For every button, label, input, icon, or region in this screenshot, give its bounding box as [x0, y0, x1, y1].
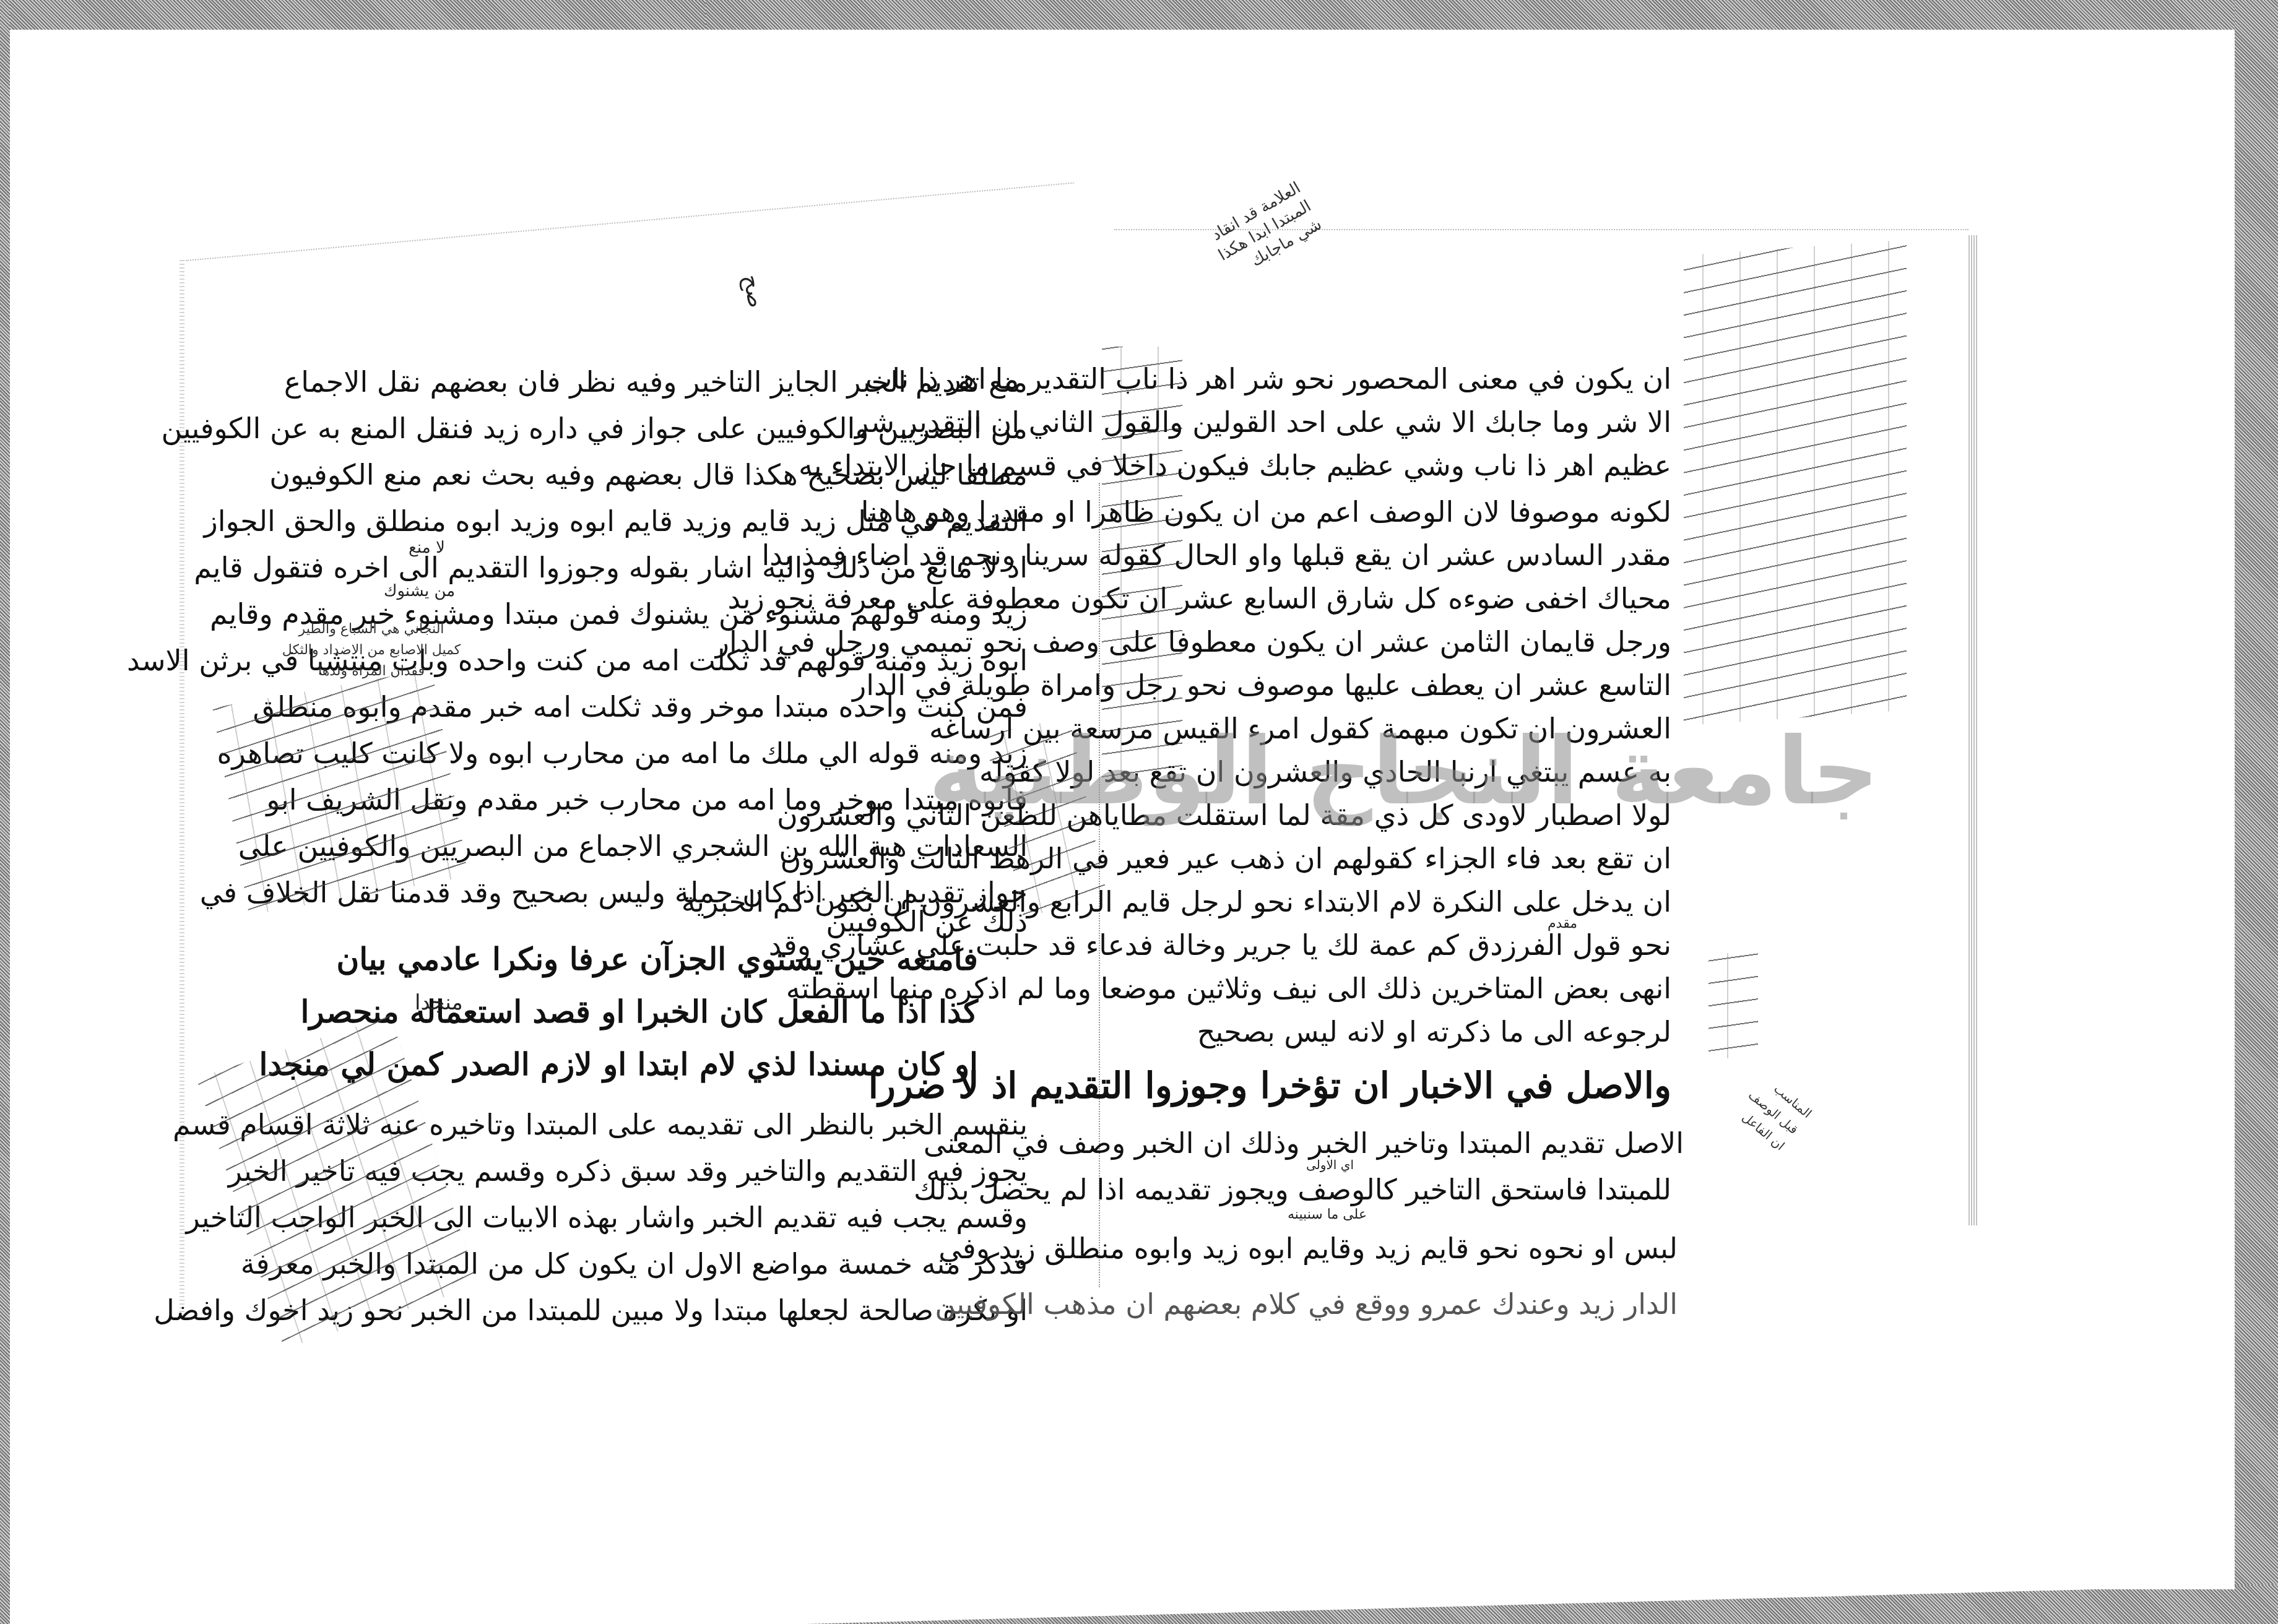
margin-note-gloss: النجاني هي السباع والطير كميل الاصابع من…	[254, 619, 489, 682]
outer-margin-commentary	[1684, 240, 1907, 725]
text-line: لكونه موصوفا لان الوصف اعم من ان يكون ظا…	[1176, 495, 1671, 529]
text-line: ان تقع بعد فاء الجزاء كقولهم ان ذهب عير …	[1176, 842, 1671, 875]
margin-note: لا منع	[409, 538, 445, 557]
interlinear-note: اي الاولى	[1306, 1157, 1354, 1172]
margin-note: من يشنوك	[384, 582, 455, 600]
text-line: الدار زيد وعندك عمرو ووقع في كلام بعضهم …	[1158, 1287, 1678, 1321]
margin-commentary-block	[212, 669, 469, 915]
text-line: عظيم اهر ذا ناب وشي عظيم جابك فيكون داخل…	[1164, 449, 1671, 482]
verse-heading: والاصل في الاخبار ان تؤخرا وجوزوا التقدي…	[1201, 1065, 1671, 1107]
text-line: التاسع عشر ان يعطف عليها موصوف نحو رجل و…	[1176, 668, 1671, 702]
interlinear-note: على ما سنبينه	[1288, 1207, 1367, 1222]
text-line: محياك اخفى ضوءه كل شارق السابع عشر ان تك…	[1176, 582, 1671, 615]
library-watermark: جامعة النجاح الوطنية	[929, 718, 1879, 826]
text-line: نحو قول الفرزدق كم عمة لك يا جرير وخالة …	[1176, 928, 1671, 962]
text-line: ورجل قايمان الثامن عشر ان يكون معطوفا عل…	[1176, 625, 1671, 659]
interlinear-note: مقدم	[1548, 916, 1577, 931]
margin-heading: منجدا	[415, 990, 463, 1015]
text-line: للمبتدا فاستحق التاخير كالوصف ويجوز تقدي…	[1164, 1173, 1671, 1206]
gloss-line: فقدان المراة ولدها	[254, 661, 489, 682]
gloss-line: النجاني هي السباع والطير	[254, 619, 489, 640]
text-line: الاصل تقديم المبتدا وتاخير الخبر وذلك ان…	[1164, 1126, 1684, 1160]
text-line: مقدر السادس عشر ان يقع قبلها واو الحال ك…	[1176, 538, 1671, 572]
scan-border-right	[2235, 0, 2278, 1624]
scan-border-left	[0, 0, 10, 1624]
scan-border-bottom	[805, 1584, 2278, 1624]
text-line: لرجوعه الى ما ذكرته او لانه ليس بصحيح	[1300, 1015, 1671, 1048]
text-line: ان يكون في معنى المحصور نحو شر اهر ذا نا…	[1189, 362, 1671, 395]
text-line: ان يدخل على النكرة لام الابتداء نحو لرجل…	[1176, 885, 1671, 918]
right-page-edge	[1968, 235, 1977, 1225]
text-line: انهى بعض المتاخرين ذلك الى نيف وثلاثين م…	[1176, 972, 1671, 1005]
text-line: الا شر وما جابك الا شي على احد القولين و…	[1176, 405, 1671, 439]
text-line: لبس او نحوه نحو قايم زيد وقايم ابوه زيد …	[1158, 1232, 1678, 1265]
gloss-line: كميل الاصابع من الاضداد والثكل	[254, 640, 489, 661]
